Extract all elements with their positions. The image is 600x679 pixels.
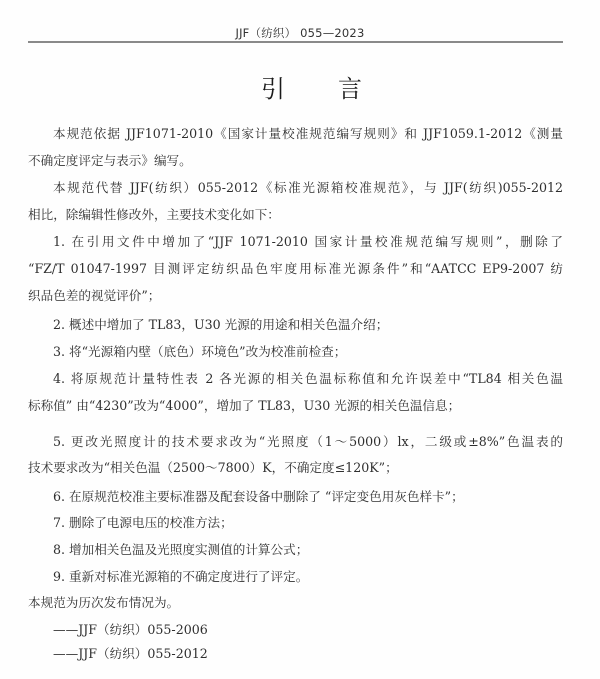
change-item-7: 7. 删除了电源电压的校准方法； [53, 514, 233, 532]
intro-paragraph-1-line-1: 本规范依据 JJF1071-2010《国家计量校准规范编写规则》和 JJF105… [53, 125, 563, 143]
history-intro: 本规范为历次发布情况为。 [28, 594, 179, 612]
intro-paragraph-1-line-2: 不确定度评定与表示》编写。 [28, 152, 192, 170]
change-item-1-line-1: 1. 在引用文件中增加了“JJF 1071-2010 国家计量校准规范编写规则”… [53, 233, 563, 251]
intro-paragraph-2-line-1: 本规范代替 JJF(纺织）055-2012《标准光源箱校准规范》，与 JJF(纺… [53, 179, 563, 197]
history-entry-2: ——JJF（纺织）055-2012 [53, 645, 208, 663]
header-rule [28, 41, 563, 43]
running-header: JJF（纺织） 055—2023 [0, 25, 600, 41]
document-page: JJF（纺织） 055—2023 引 言 本规范依据 JJF1071-2010《… [0, 0, 600, 679]
intro-paragraph-2-line-2: 相比，除编辑性修改外，主要技术变化如下： [28, 206, 280, 224]
change-item-4-line-1: 4. 将原规范计量特性表 2 各光源的相关色温标称值和允许误差中“TL84 相关… [53, 370, 563, 388]
change-item-1-line-2: “FZ/T 01047-1997 目测评定纺织品色牢度用标准光源条件”和“AAT… [28, 260, 563, 278]
page-title-char-1: 引 [261, 74, 285, 104]
change-item-4-line-2: 标称值” 由“4230”改为“4000”，增加了 TL83，U30 光源的相关色… [28, 397, 460, 415]
change-item-3: 3. 将“光源箱内壁（底色）环境色”改为校准前检查； [53, 343, 346, 361]
change-item-5-line-1: 5. 更改光照度计的技术要求改为“光照度（1～5000）lx，二级或±8%”色温… [53, 433, 563, 451]
change-item-9: 9. 重新对标准光源箱的不确定度进行了评定。 [53, 568, 308, 586]
change-item-6: 6. 在原规范校准主要标准器及配套设备中删除了 “评定变色用灰色样卡”； [53, 488, 464, 506]
change-item-1-line-3: 织品色差的视觉评价”； [28, 287, 160, 305]
change-item-5-line-2: 技术要求改为“相关色温（2500～7800）K，不确定度≤120K”； [28, 459, 398, 477]
page-title-char-2: 言 [338, 74, 362, 104]
history-entry-1: ——JJF（纺织）055-2006 [53, 621, 208, 639]
change-item-8: 8. 增加相关色温及光照度实测值的计算公式； [53, 541, 308, 559]
change-item-2: 2. 概述中增加了 TL83，U30 光源的用途和相关色温介绍； [53, 316, 388, 334]
